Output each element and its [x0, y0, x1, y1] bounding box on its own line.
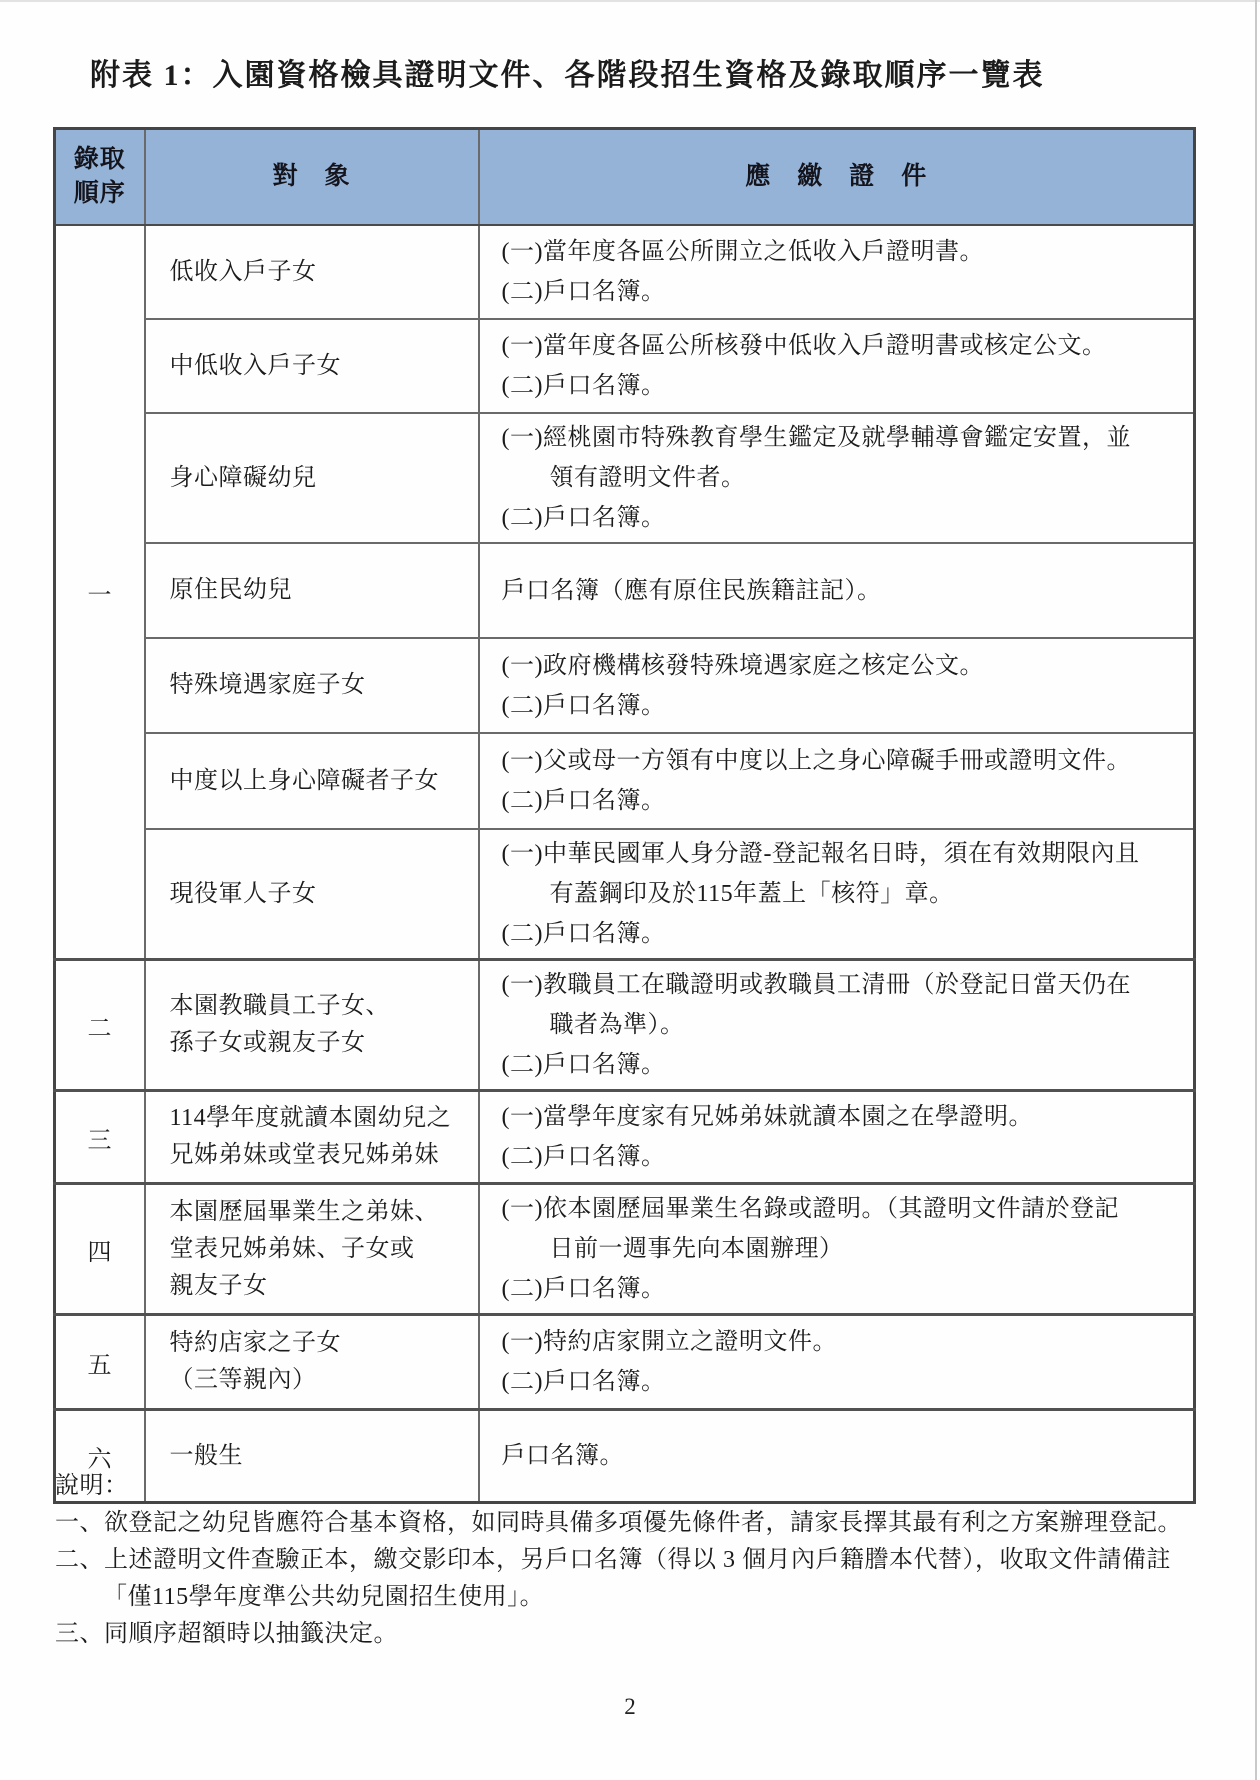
document-line: (一)教職員工在職證明或教職員工清冊（於登記日當天仍在 — [502, 965, 1190, 1005]
document-line: (二)戶口名簿。 — [502, 1137, 1190, 1177]
target-cell: 低收入戶子女 — [145, 225, 479, 319]
table-row: 原住民幼兒戶口名簿（應有原住民族籍註記）。 — [55, 543, 1195, 638]
target-line: 特殊境遇家庭子女 — [170, 667, 474, 704]
document-page: 附表 1：入園資格檢具證明文件、各階段招生資格及錄取順序一覽表 錄取 順序 對 … — [0, 0, 1260, 1780]
document-line: 領有證明文件者。 — [502, 458, 1190, 498]
document-line: (二)戶口名簿。 — [502, 914, 1190, 954]
documents-cell: 戶口名簿（應有原住民族籍註記）。 — [479, 543, 1195, 638]
note-line: 「僅115學年度準公共幼兒園招生使用」。 — [55, 1579, 1215, 1616]
target-line: 中度以上身心障礙者子女 — [170, 763, 474, 800]
order-cell: 一 — [55, 225, 145, 960]
table-row: 三114學年度就讀本園幼兒之兄姊弟妹或堂表兄姊弟妹(一)當學年度家有兄姊弟妹就讀… — [55, 1091, 1195, 1184]
document-line: 有蓋鋼印及於115年蓋上「核符」章。 — [502, 874, 1190, 914]
document-line: (一)政府機構核發特殊境遇家庭之核定公文。 — [502, 646, 1190, 686]
order-cell: 二 — [55, 960, 145, 1091]
target-line: （三等親內） — [170, 1362, 474, 1399]
table-row: 身心障礙幼兒(一)經桃園市特殊教育學生鑑定及就學輔導會鑑定安置，並領有證明文件者… — [55, 413, 1195, 543]
document-line: (二)戶口名簿。 — [502, 686, 1190, 726]
documents-cell: (一)父或母一方領有中度以上之身心障礙手冊或證明文件。(二)戶口名簿。 — [479, 733, 1195, 829]
target-cell: 身心障礙幼兒 — [145, 413, 479, 543]
target-cell: 中度以上身心障礙者子女 — [145, 733, 479, 829]
table-row: 五特約店家之子女（三等親內）(一)特約店家開立之證明文件。(二)戶口名簿。 — [55, 1315, 1195, 1410]
notes-heading: 說明： — [55, 1468, 1215, 1505]
document-line: 戶口名簿（應有原住民族籍註記）。 — [502, 571, 1190, 611]
notes-list: 一、欲登記之幼兒皆應符合基本資格，如同時具備多項優先條件者，請家長擇其最有利之方… — [55, 1505, 1215, 1653]
documents-cell: (一)當學年度家有兄姊弟妹就讀本園之在學證明。(二)戶口名簿。 — [479, 1091, 1195, 1184]
target-line: 孫子女或親友子女 — [170, 1025, 474, 1062]
document-line: (二)戶口名簿。 — [502, 781, 1190, 821]
document-line: (一)當年度各區公所核發中低收入戶證明書或核定公文。 — [502, 326, 1190, 366]
target-line: 本園歷屆畢業生之弟妹、 — [170, 1194, 474, 1231]
target-line: 親友子女 — [170, 1268, 474, 1305]
table-row: 一低收入戶子女(一)當年度各區公所開立之低收入戶證明書。(二)戶口名簿。 — [55, 225, 1195, 319]
table-row: 特殊境遇家庭子女(一)政府機構核發特殊境遇家庭之核定公文。(二)戶口名簿。 — [55, 638, 1195, 733]
documents-cell: (一)特約店家開立之證明文件。(二)戶口名簿。 — [479, 1315, 1195, 1410]
target-cell: 現役軍人子女 — [145, 829, 479, 960]
document-line: 日前一週事先向本園辦理） — [502, 1229, 1190, 1269]
order-cell: 五 — [55, 1315, 145, 1410]
document-line: (一)依本園歷屆畢業生名錄或證明。（其證明文件請於登記 — [502, 1189, 1190, 1229]
target-line: 現役軍人子女 — [170, 876, 474, 913]
target-line: 原住民幼兒 — [170, 572, 474, 609]
target-cell: 特殊境遇家庭子女 — [145, 638, 479, 733]
table-header-row: 錄取 順序 對 象 應 繳 證 件 — [55, 129, 1195, 226]
document-line: (二)戶口名簿。 — [502, 1362, 1190, 1402]
target-line: 中低收入戶子女 — [170, 348, 474, 385]
document-line: (一)特約店家開立之證明文件。 — [502, 1322, 1190, 1362]
target-line: 堂表兄姊弟妹、子女或 — [170, 1231, 474, 1268]
header-documents: 應 繳 證 件 — [479, 129, 1195, 226]
target-line: 低收入戶子女 — [170, 254, 474, 291]
documents-cell: (一)中華民國軍人身分證-登記報名日時，須在有效期限內且有蓋鋼印及於115年蓋上… — [479, 829, 1195, 960]
target-cell: 中低收入戶子女 — [145, 319, 479, 413]
table-row: 四本園歷屆畢業生之弟妹、堂表兄姊弟妹、子女或親友子女(一)依本園歷屆畢業生名錄或… — [55, 1184, 1195, 1315]
page-title: 附表 1：入園資格檢具證明文件、各階段招生資格及錄取順序一覽表 — [90, 50, 1045, 94]
table-body: 一低收入戶子女(一)當年度各區公所開立之低收入戶證明書。(二)戶口名簿。中低收入… — [55, 225, 1195, 1503]
table-row: 中度以上身心障礙者子女(一)父或母一方領有中度以上之身心障礙手冊或證明文件。(二… — [55, 733, 1195, 829]
header-target: 對 象 — [145, 129, 479, 226]
document-line: (二)戶口名簿。 — [502, 1269, 1190, 1309]
order-cell: 四 — [55, 1184, 145, 1315]
target-line: 特約店家之子女 — [170, 1325, 474, 1362]
document-line: (二)戶口名簿。 — [502, 272, 1190, 312]
documents-cell: (一)當年度各區公所核發中低收入戶證明書或核定公文。(二)戶口名簿。 — [479, 319, 1195, 413]
scan-edge-top — [0, 0, 1260, 2]
header-order-line2: 順序 — [57, 177, 143, 211]
target-cell: 114學年度就讀本園幼兒之兄姊弟妹或堂表兄姊弟妹 — [145, 1091, 479, 1184]
header-order: 錄取 順序 — [55, 129, 145, 226]
table-row: 現役軍人子女(一)中華民國軍人身分證-登記報名日時，須在有效期限內且有蓋鋼印及於… — [55, 829, 1195, 960]
document-line: (一)當學年度家有兄姊弟妹就讀本園之在學證明。 — [502, 1097, 1190, 1137]
documents-cell: (一)當年度各區公所開立之低收入戶證明書。(二)戶口名簿。 — [479, 225, 1195, 319]
target-line: 本園教職員工子女、 — [170, 988, 474, 1025]
target-cell: 本園歷屆畢業生之弟妹、堂表兄姊弟妹、子女或親友子女 — [145, 1184, 479, 1315]
note-line: 三、同順序超額時以抽籤決定。 — [55, 1616, 1215, 1653]
documents-cell: (一)政府機構核發特殊境遇家庭之核定公文。(二)戶口名簿。 — [479, 638, 1195, 733]
documents-cell: (一)經桃園市特殊教育學生鑑定及就學輔導會鑑定安置，並領有證明文件者。(二)戶口… — [479, 413, 1195, 543]
note-line: 二、上述證明文件查驗正本，繳交影印本，另戶口名簿（得以 3 個月內戶籍謄本代替）… — [55, 1542, 1215, 1579]
target-cell: 原住民幼兒 — [145, 543, 479, 638]
document-line: (一)經桃園市特殊教育學生鑑定及就學輔導會鑑定安置，並 — [502, 418, 1190, 458]
document-line: (一)當年度各區公所開立之低收入戶證明書。 — [502, 232, 1190, 272]
note-line: 一、欲登記之幼兒皆應符合基本資格，如同時具備多項優先條件者，請家長擇其最有利之方… — [55, 1505, 1215, 1542]
target-line: 114學年度就讀本園幼兒之 — [170, 1100, 474, 1137]
document-line: 職者為準）。 — [502, 1005, 1190, 1045]
header-order-line1: 錄取 — [57, 143, 143, 177]
page-number: 2 — [0, 1694, 1260, 1720]
document-line: (二)戶口名簿。 — [502, 498, 1190, 538]
target-cell: 本園教職員工子女、孫子女或親友子女 — [145, 960, 479, 1091]
document-line: (一)父或母一方領有中度以上之身心障礙手冊或證明文件。 — [502, 741, 1190, 781]
table-row: 二本園教職員工子女、孫子女或親友子女(一)教職員工在職證明或教職員工清冊（於登記… — [55, 960, 1195, 1091]
documents-cell: (一)依本園歷屆畢業生名錄或證明。（其證明文件請於登記日前一週事先向本園辦理）(… — [479, 1184, 1195, 1315]
notes-section: 說明： 一、欲登記之幼兒皆應符合基本資格，如同時具備多項優先條件者，請家長擇其最… — [55, 1468, 1215, 1653]
document-line: (二)戶口名簿。 — [502, 366, 1190, 406]
target-line: 身心障礙幼兒 — [170, 460, 474, 497]
order-cell: 三 — [55, 1091, 145, 1184]
scan-edge-right — [1255, 0, 1257, 1780]
document-line: (一)中華民國軍人身分證-登記報名日時，須在有效期限內且 — [502, 834, 1190, 874]
target-line: 兄姊弟妹或堂表兄姊弟妹 — [170, 1137, 474, 1174]
target-cell: 特約店家之子女（三等親內） — [145, 1315, 479, 1410]
table-row: 中低收入戶子女(一)當年度各區公所核發中低收入戶證明書或核定公文。(二)戶口名簿… — [55, 319, 1195, 413]
eligibility-table: 錄取 順序 對 象 應 繳 證 件 一低收入戶子女(一)當年度各區公所開立之低收… — [53, 127, 1196, 1504]
documents-cell: (一)教職員工在職證明或教職員工清冊（於登記日當天仍在職者為準）。(二)戶口名簿… — [479, 960, 1195, 1091]
document-line: (二)戶口名簿。 — [502, 1045, 1190, 1085]
